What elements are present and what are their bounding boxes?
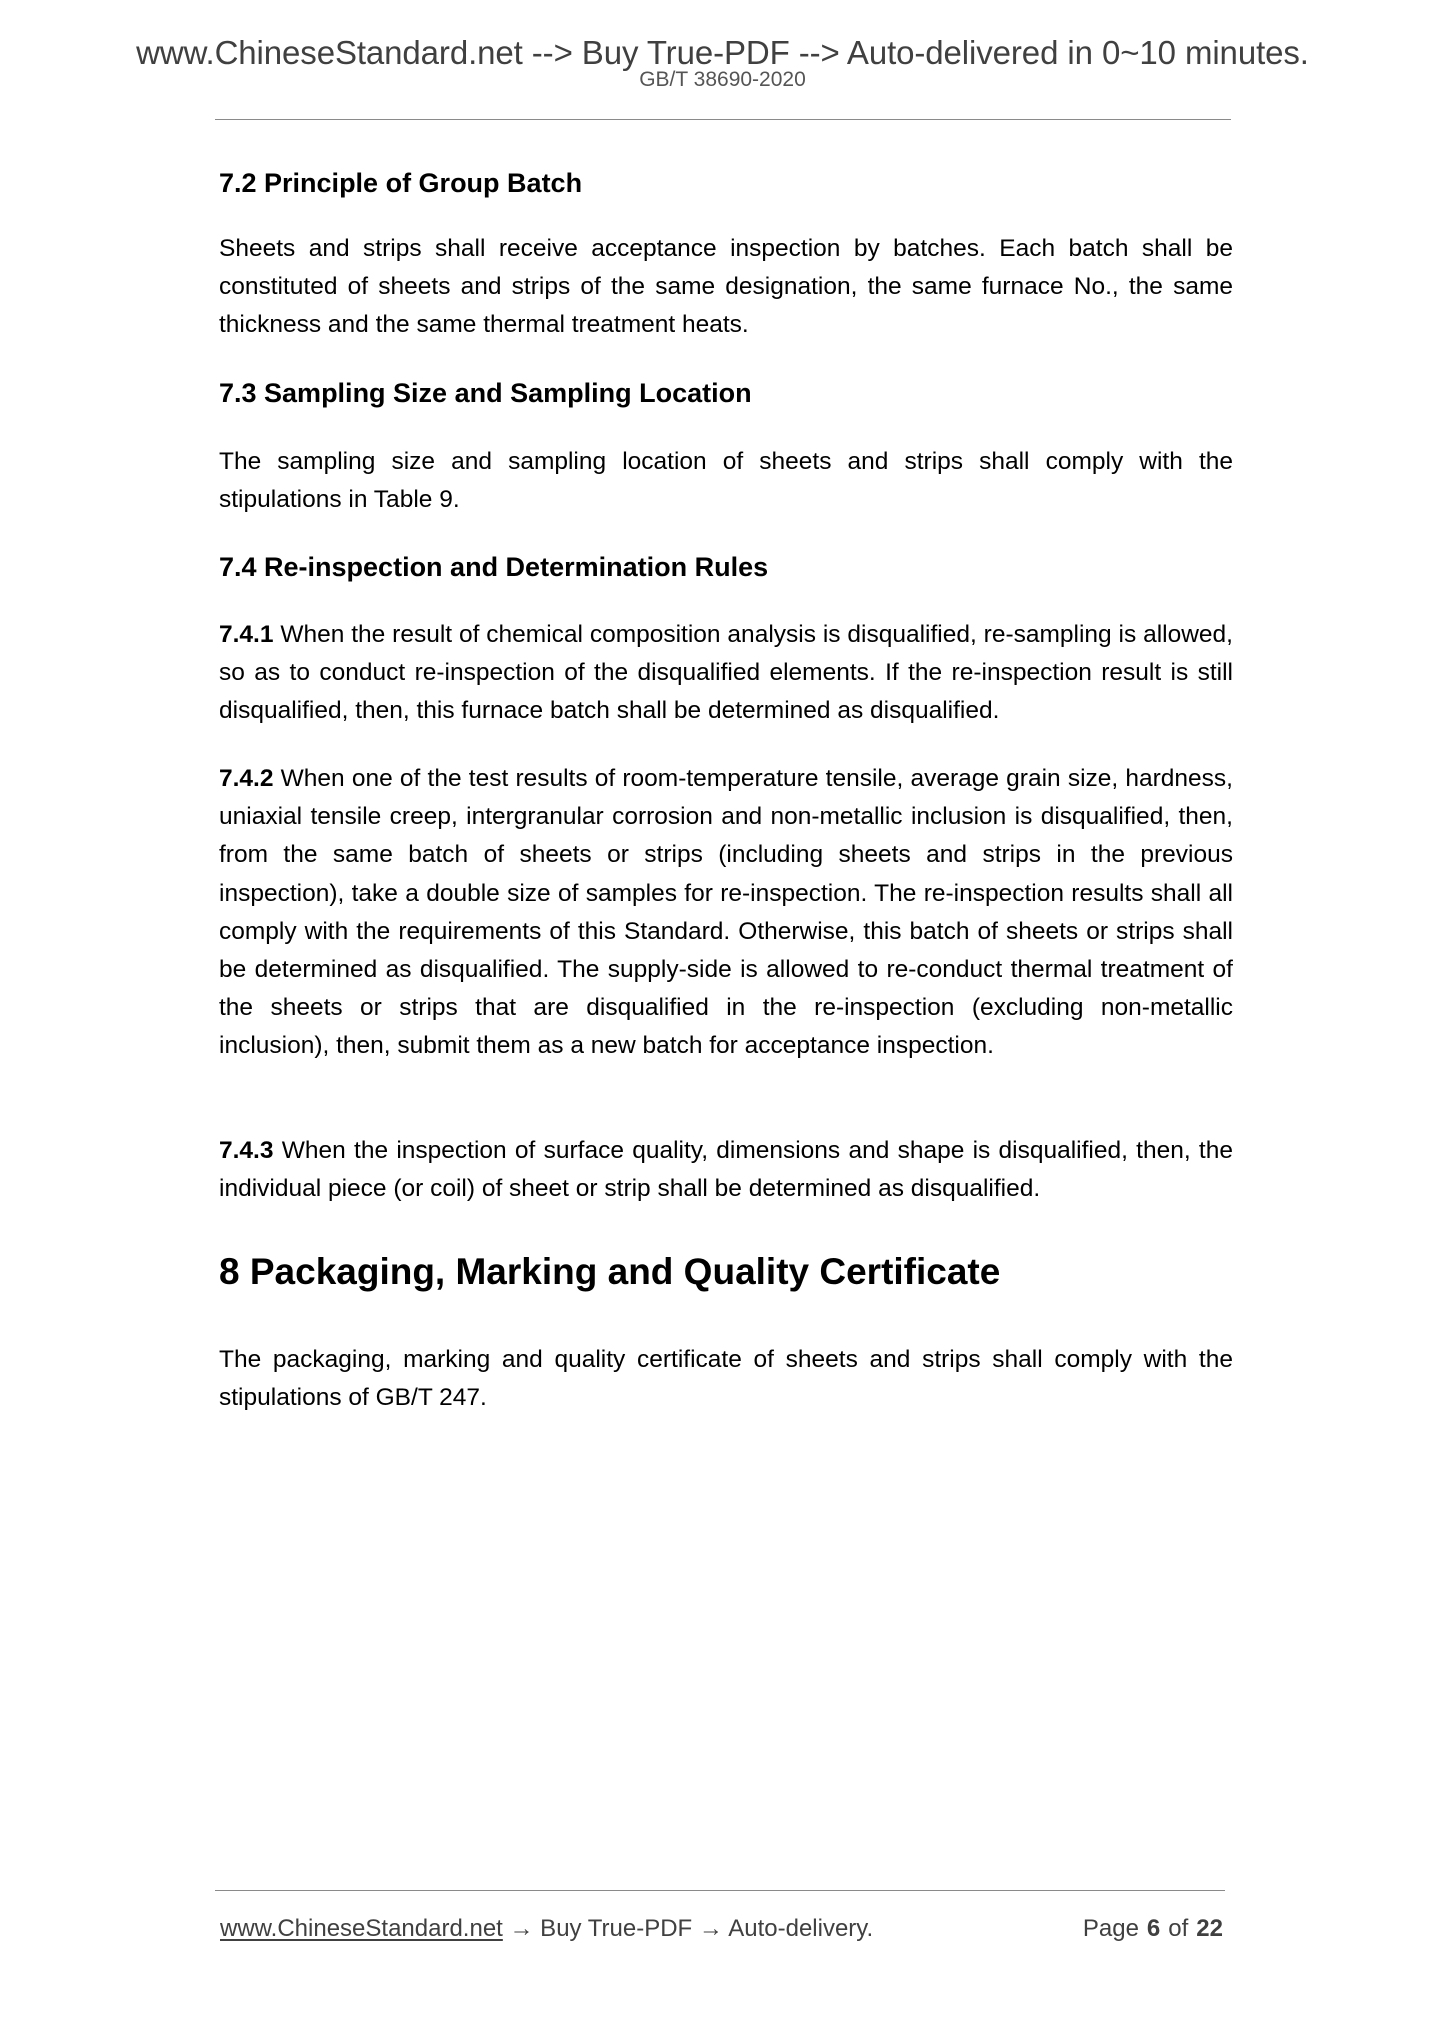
clause-number: 7.4.1 (219, 621, 274, 648)
footer-divider (215, 1890, 1225, 1891)
page-label: Page (1083, 1915, 1139, 1942)
clause-7-4-1: 7.4.1 When the result of chemical compos… (219, 616, 1233, 731)
heading-7-3: 7.3 Sampling Size and Sampling Location (219, 377, 752, 409)
clause-number: 7.4.2 (219, 765, 274, 792)
site-banner: www.ChineseStandard.net --> Buy True-PDF… (0, 34, 1445, 72)
footer-promo: www.ChineseStandard.net → Buy True-PDF →… (220, 1914, 873, 1944)
document-id: GB/T 38690-2020 (0, 68, 1445, 92)
footer-tagline: → Buy True-PDF → Auto-delivery. (503, 1915, 873, 1942)
site-link[interactable]: www.ChineseStandard.net (220, 1915, 503, 1942)
page-current: 6 (1147, 1915, 1160, 1942)
of-label: of (1168, 1915, 1188, 1942)
header-divider (215, 119, 1231, 120)
heading-7-4: 7.4 Re-inspection and Determination Rule… (219, 551, 768, 583)
heading-8: 8 Packaging, Marking and Quality Certifi… (219, 1250, 1000, 1294)
page-indicator: Page6of22 (1083, 1914, 1223, 1944)
clause-number: 7.4.3 (219, 1137, 274, 1164)
clause-text: When one of the test results of room-tem… (219, 765, 1233, 1059)
clause-text: When the result of chemical composition … (219, 621, 1233, 724)
paragraph-8: The packaging, marking and quality certi… (219, 1341, 1233, 1417)
heading-7-2: 7.2 Principle of Group Batch (219, 167, 582, 199)
clause-7-4-2: 7.4.2 When one of the test results of ro… (219, 760, 1233, 1066)
clause-text: When the inspection of surface quality, … (219, 1137, 1233, 1202)
page-total: 22 (1196, 1915, 1223, 1942)
paragraph-7-3: The sampling size and sampling location … (219, 443, 1233, 519)
clause-7-4-3: 7.4.3 When the inspection of surface qua… (219, 1132, 1233, 1208)
paragraph-7-2: Sheets and strips shall receive acceptan… (219, 230, 1233, 345)
